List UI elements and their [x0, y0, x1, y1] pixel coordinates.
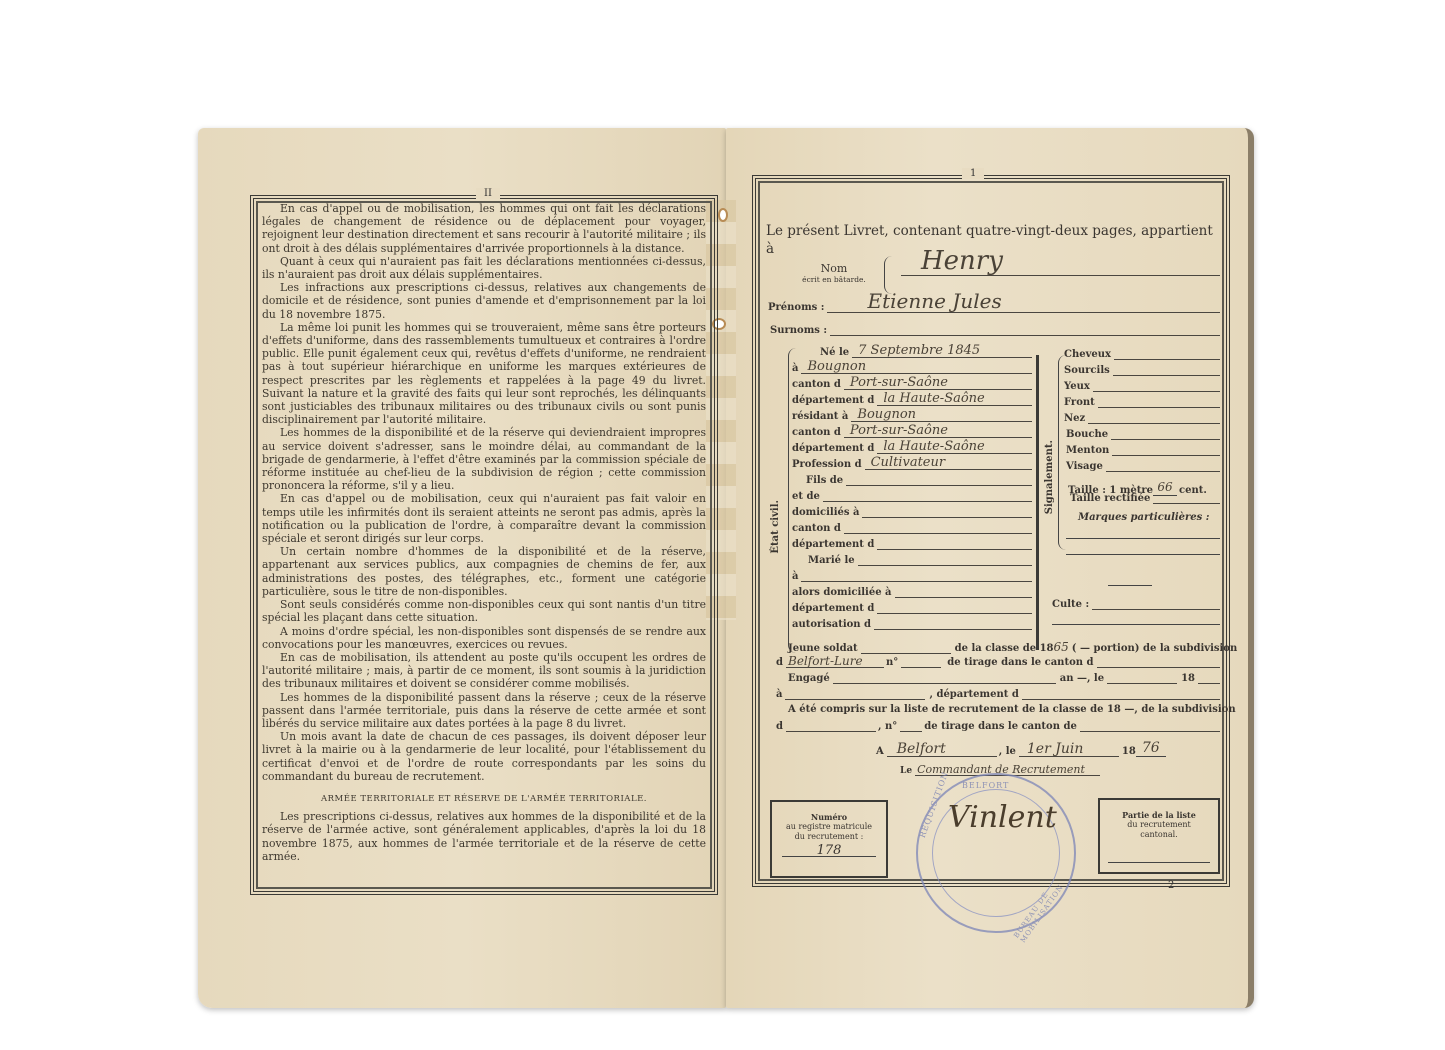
right-page-number: 1 [962, 168, 984, 179]
liste-cantonale-box: Partie de la liste du recrutement canton… [1098, 798, 1220, 874]
marie-le-field[interactable]: Marié le [808, 554, 1032, 566]
yeux-field[interactable]: Yeux [1064, 380, 1220, 392]
residant-field[interactable]: résidant àBougnon [792, 410, 1032, 422]
visage-field[interactable]: Visage [1066, 460, 1220, 472]
departement-residence-field[interactable]: département dla Haute-Saône [792, 442, 1032, 454]
surnoms-field[interactable]: Surnoms : [770, 324, 1220, 336]
culte-line [1052, 624, 1220, 625]
canton-residence-field[interactable]: canton dPort-sur-Saône [792, 426, 1032, 438]
year-value: 76 [1136, 740, 1166, 757]
paragraph: Quant à ceux qui n'auraient pas fait les… [262, 255, 706, 281]
marques-particulieres-label: Marques particulières : [1078, 512, 1220, 523]
paragraph: Un certain nombre d'hommes de la disponi… [262, 545, 706, 598]
signalement-label: Signalement. [1044, 440, 1055, 514]
departement-field[interactable]: département dla Haute-Saône [792, 394, 1032, 406]
registre-matricule-box: Numéro au registre matricule du recrutem… [770, 800, 888, 878]
paragraph: La même loi punit les hommes qui se trou… [262, 321, 706, 427]
paragraph: Les hommes de la disponibilité passent d… [262, 691, 706, 731]
paragraph: Les hommes de la disponibilité et de la … [262, 426, 706, 492]
prenoms-value: Etienne Jules [867, 289, 1001, 313]
signature: Vinlent [948, 800, 1057, 835]
profession-field[interactable]: Profession dCultivateur [792, 458, 1032, 470]
paragraph: Les prescriptions ci-dessus, relatives a… [262, 810, 706, 863]
front-field[interactable]: Front [1064, 396, 1220, 408]
paragraph: Les infractions aux prescriptions ci-des… [262, 281, 706, 321]
cheveux-field[interactable]: Cheveux [1064, 348, 1220, 360]
jeune-soldat-row[interactable]: Jeune soldat de la classe de 18 65 ( — p… [788, 640, 1220, 654]
engage-row[interactable]: Engagé an —, le 18 [788, 672, 1220, 684]
column-divider [1036, 355, 1039, 650]
bouche-field[interactable]: Bouche [1066, 428, 1220, 440]
nom-value: Henry [921, 246, 1003, 276]
paragraph: En cas de mobilisation, ils attendent au… [262, 651, 706, 691]
surnoms-label: Surnoms : [770, 325, 827, 336]
official-stamp: RÉQUISITION BELFORT BUREAU DE MOBILISATI… [916, 773, 1076, 933]
engage-lieu-row[interactable]: à , département d [776, 688, 1220, 700]
fils-de-field[interactable]: Fils de [806, 474, 1032, 486]
ne-le-field[interactable]: Né le7 Septembre 1845 [808, 346, 1032, 358]
ne-a-field[interactable]: àBougnon [792, 362, 1032, 374]
nom-sublabel: écrit en bâtarde. [802, 275, 866, 284]
taille-rectifiee-field[interactable]: Taille rectifiée [1070, 492, 1220, 504]
culte-field[interactable]: Culte : [1052, 598, 1220, 610]
et-de-field[interactable]: et de [792, 490, 1032, 502]
prenoms-label: Prénoms : [768, 302, 824, 313]
left-page-number: II [476, 188, 500, 199]
separator-rule [1108, 585, 1152, 586]
marques-line[interactable] [1066, 538, 1220, 539]
worm-hole [718, 208, 728, 222]
nom-label: Nom [821, 262, 848, 275]
sourcils-field[interactable]: Sourcils [1064, 364, 1220, 376]
date-value: 1er Juin [1027, 741, 1083, 757]
nom-field[interactable]: Henry [898, 264, 1220, 276]
departement-epouse-field[interactable]: département d [792, 602, 1032, 614]
paragraph: A moins d'ordre spécial, les non-disponi… [262, 625, 706, 651]
matricule-value[interactable]: 178 [782, 846, 876, 857]
etat-civil-label: État civil. [770, 500, 781, 554]
right-page-footer-number: 2 [1160, 880, 1182, 891]
paragraph: Sont seuls considérés comme non-disponib… [262, 598, 706, 624]
section-heading: ARMÉE TERRITORIALE ET RÉSERVE DE L'ARMÉE… [262, 793, 706, 806]
left-text-body: En cas d'appel ou de mobilisation, les h… [262, 202, 706, 863]
domicilies-field[interactable]: domiciliés à [792, 506, 1032, 518]
paragraph: En cas d'appel ou de mobilisation, les h… [262, 202, 706, 255]
canton-field[interactable]: canton dPort-sur-Saône [792, 378, 1032, 390]
marie-a-field[interactable]: à [792, 570, 1032, 582]
autorisation-field[interactable]: autorisation d [792, 618, 1032, 630]
nom-label-group: Nom écrit en bâtarde. [795, 262, 873, 284]
liste-cantonale-line[interactable] [1108, 862, 1210, 863]
departement-parents-field[interactable]: département d [792, 538, 1032, 550]
paragraph: Un mois avant la date de chacun de ces p… [262, 730, 706, 783]
canton-parents-field[interactable]: canton d [792, 522, 1032, 534]
subdivision-row[interactable]: d Belfort-Lure n° de tirage dans le cant… [776, 656, 1220, 668]
paragraph: En cas d'appel ou de mobilisation, ceux … [262, 492, 706, 545]
marques-line[interactable] [1066, 554, 1220, 555]
prenoms-field[interactable]: Prénoms : Etienne Jules [768, 301, 1220, 313]
recrutement-canton-row[interactable]: d , n° de tirage dans le canton de [776, 720, 1220, 732]
place-date-row[interactable]: A Belfort , le 1er Juin 18 76 [876, 740, 1220, 757]
recrutement-row: A été compris sur la liste de recrutemen… [788, 704, 1220, 715]
place-value: Belfort [897, 741, 946, 757]
alors-domiciliee-field[interactable]: alors domiciliée à [792, 586, 1032, 598]
menton-field[interactable]: Menton [1066, 444, 1220, 456]
nez-field[interactable]: Nez [1064, 412, 1220, 424]
